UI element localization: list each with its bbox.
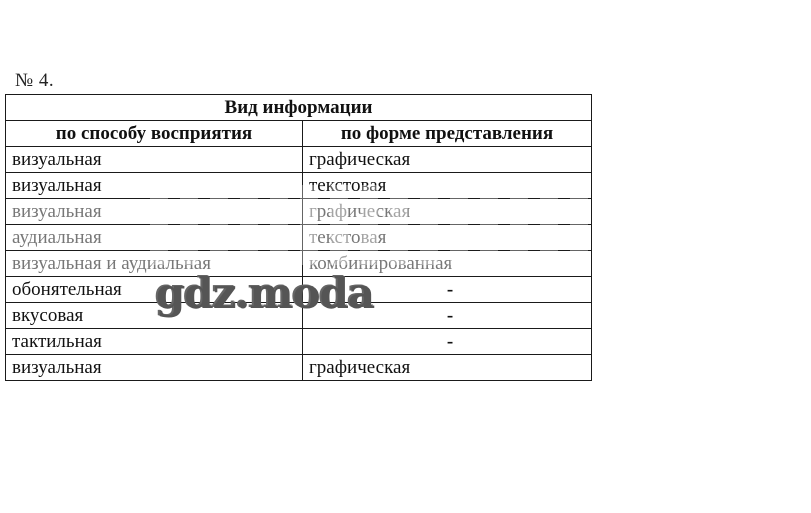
cell-perception: визуальная и аудиальная	[6, 251, 303, 277]
cell-form: графическая	[303, 199, 592, 225]
cell-perception: визуальная	[6, 147, 303, 173]
cell-perception: визуальная	[6, 173, 303, 199]
cell-perception: аудиальная	[6, 225, 303, 251]
table-header-row: по способу восприятия по форме представл…	[6, 121, 592, 147]
cell-perception: визуальная	[6, 355, 303, 381]
cell-form: -	[303, 303, 592, 329]
cell-form: текстовая	[303, 225, 592, 251]
table-row: вкусовая -	[6, 303, 592, 329]
table-row: визуальная графическая	[6, 199, 592, 225]
cell-perception: тактильная	[6, 329, 303, 355]
cell-perception: обонятельная	[6, 277, 303, 303]
table-row: визуальная и аудиальная комбинированная	[6, 251, 592, 277]
cell-form: -	[303, 277, 592, 303]
cell-perception: визуальная	[6, 199, 303, 225]
task-number: № 4.	[15, 70, 54, 92]
table-title-row: Вид информации	[6, 95, 592, 121]
information-types-table: Вид информации по способу восприятия по …	[5, 94, 592, 381]
table-row: аудиальная текстовая	[6, 225, 592, 251]
table-row: тактильная -	[6, 329, 592, 355]
table-row: визуальная графическая	[6, 147, 592, 173]
cell-perception: вкусовая	[6, 303, 303, 329]
cell-form: графическая	[303, 355, 592, 381]
cell-form: -	[303, 329, 592, 355]
table-row: обонятельная -	[6, 277, 592, 303]
table-row: визуальная текстовая	[6, 173, 592, 199]
cell-form: комбинированная	[303, 251, 592, 277]
table-row: визуальная графическая	[6, 355, 592, 381]
cell-form: текстовая	[303, 173, 592, 199]
table-title: Вид информации	[6, 95, 592, 121]
column-header-perception: по способу восприятия	[6, 121, 303, 147]
cell-form: графическая	[303, 147, 592, 173]
column-header-form: по форме представления	[303, 121, 592, 147]
